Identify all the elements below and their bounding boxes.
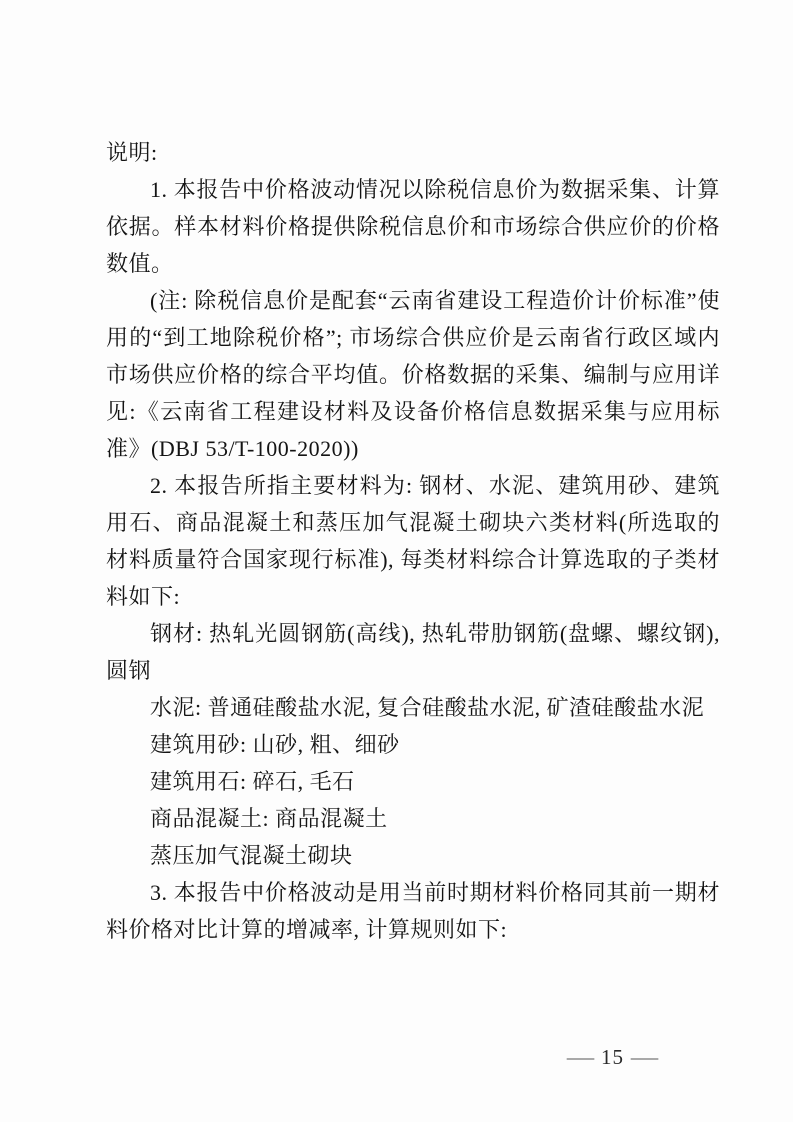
footer-dash-right: — bbox=[631, 1045, 658, 1070]
para-stone: 建筑用石: 碎石, 毛石 bbox=[106, 763, 720, 800]
page-number: 15 bbox=[601, 1045, 624, 1069]
para-steel: 钢材: 热轧光圆钢筋(高线), 热轧带肋钢筋(盘螺、螺纹钢), 圆钢 bbox=[106, 615, 720, 689]
para-1-data-basis: 1. 本报告中价格波动情况以除税信息价为数据采集、计算依据。样本材料价格提供除税… bbox=[106, 171, 720, 282]
document-body: 说明: 1. 本报告中价格波动情况以除税信息价为数据采集、计算依据。样本材料价格… bbox=[106, 134, 720, 948]
document-page: 说明: 1. 本报告中价格波动情况以除税信息价为数据采集、计算依据。样本材料价格… bbox=[0, 0, 793, 1122]
para-cement: 水泥: 普通硅酸盐水泥, 复合硅酸盐水泥, 矿渣硅酸盐水泥 bbox=[106, 689, 720, 726]
section-heading: 说明: bbox=[106, 134, 720, 171]
para-2-materials: 2. 本报告所指主要材料为: 钢材、水泥、建筑用砂、建筑用石、商品混凝土和蒸压加… bbox=[106, 467, 720, 615]
para-concrete: 商品混凝土: 商品混凝土 bbox=[106, 800, 720, 837]
page-footer: —15— bbox=[560, 1045, 665, 1070]
para-sand: 建筑用砂: 山砂, 粗、细砂 bbox=[106, 726, 720, 763]
para-note: (注: 除税信息价是配套“云南省建设工程造价计价标准”使用的“到工地除税价格”;… bbox=[106, 282, 720, 467]
para-3-calculation: 3. 本报告中价格波动是用当前时期材料价格同其前一期材料价格对比计算的增减率, … bbox=[106, 874, 720, 948]
para-aac-block: 蒸压加气混凝土砌块 bbox=[106, 837, 720, 874]
footer-dash-left: — bbox=[567, 1045, 594, 1070]
